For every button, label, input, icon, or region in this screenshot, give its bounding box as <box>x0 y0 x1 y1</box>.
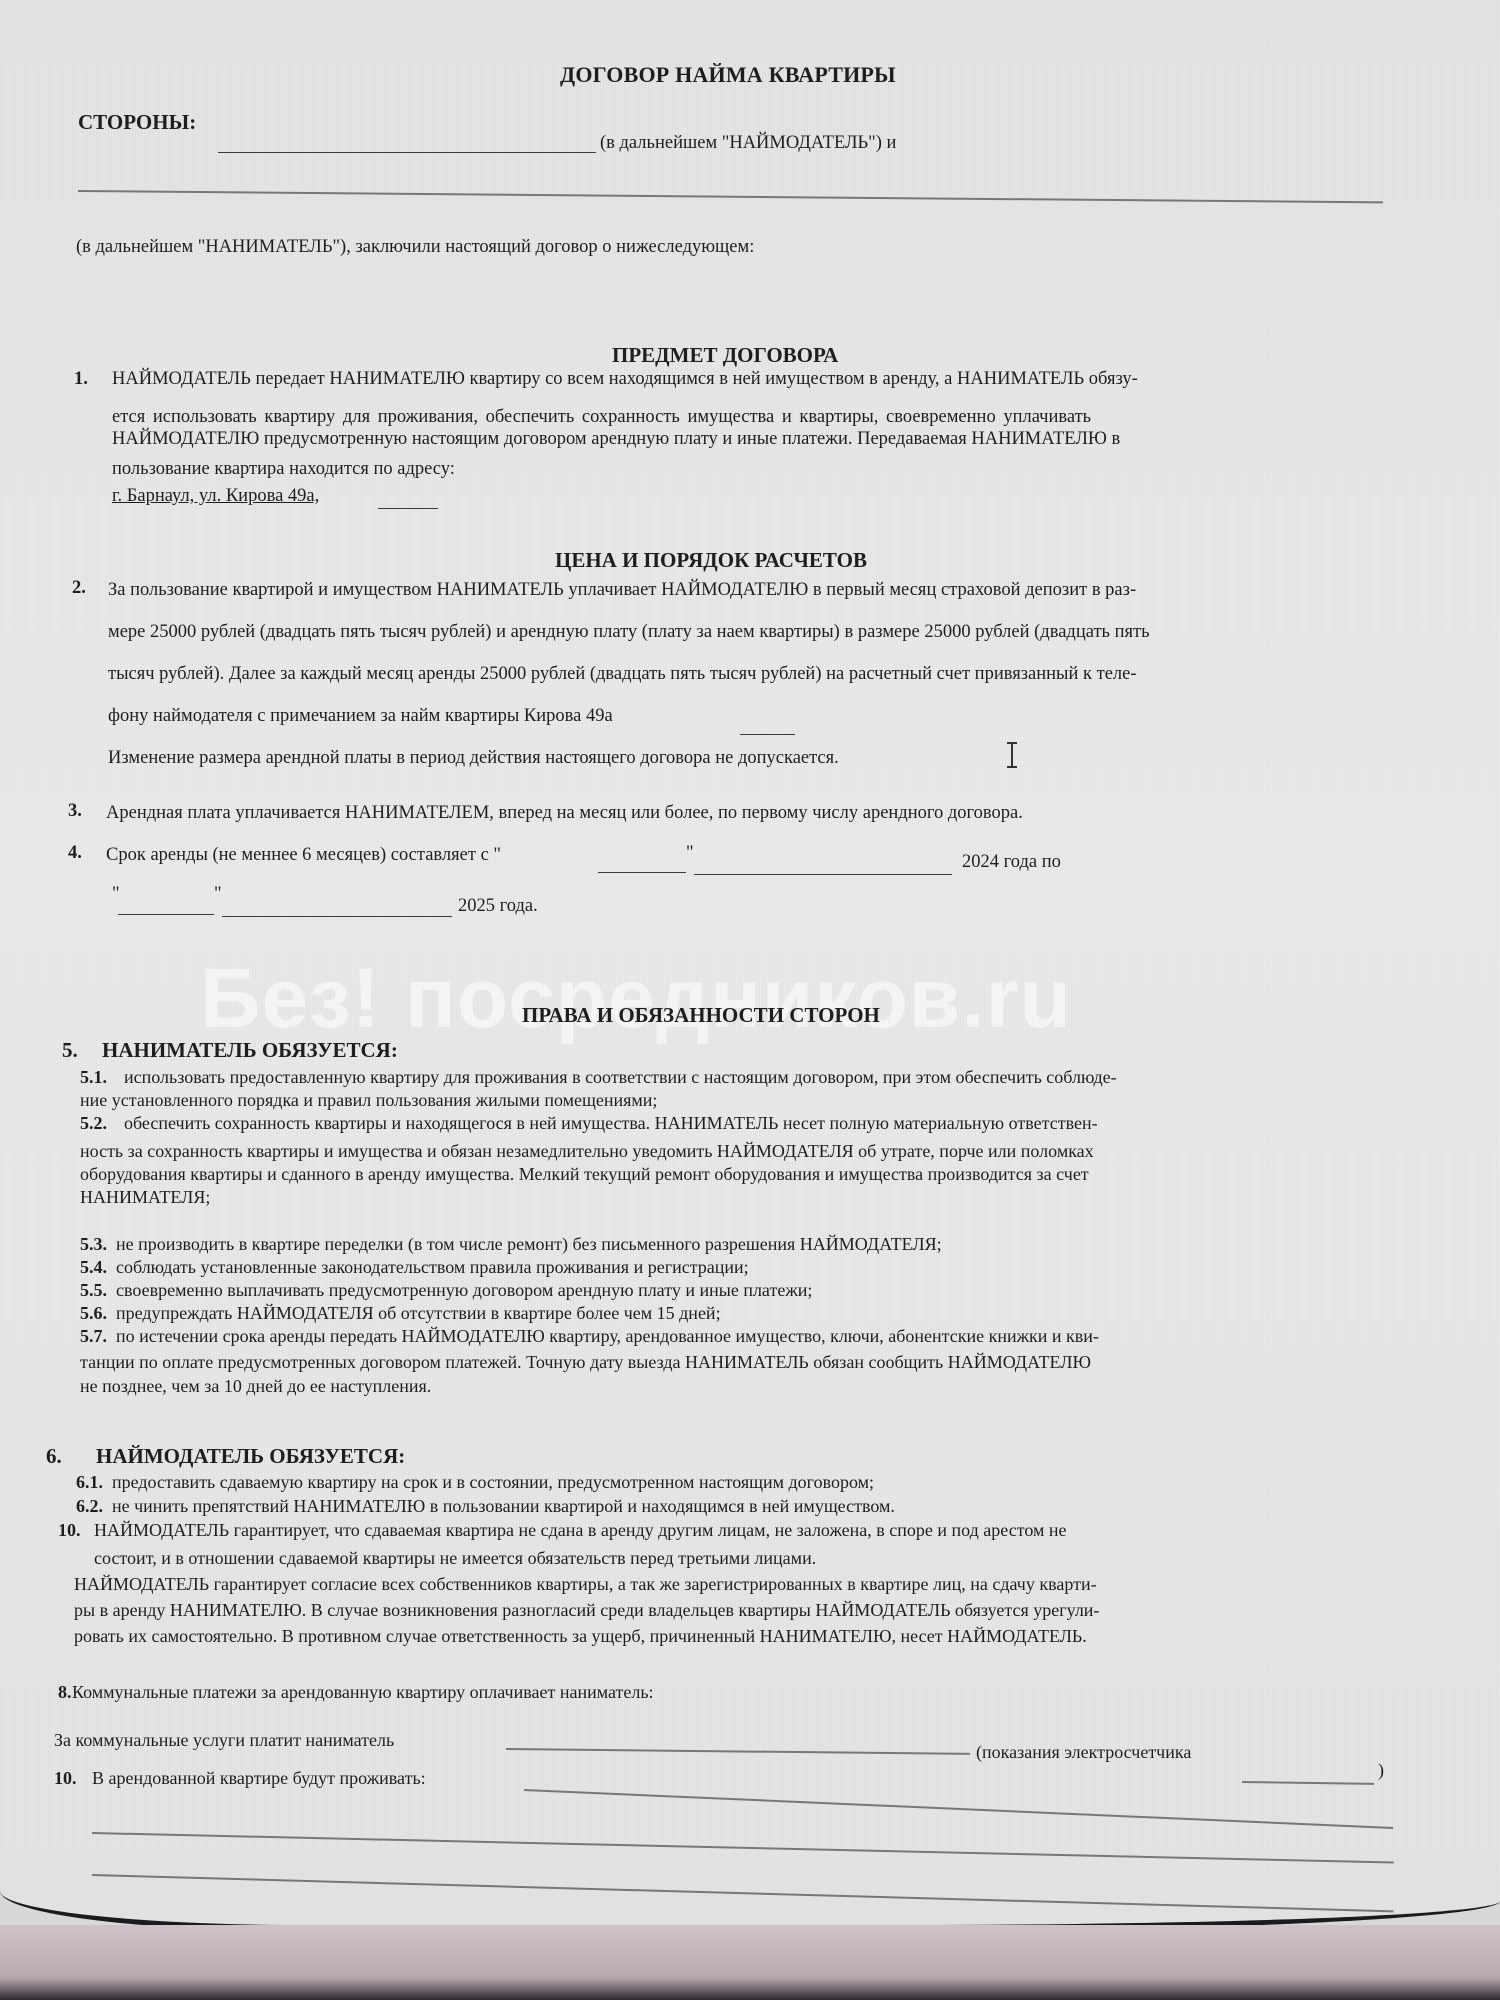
item-5-1-line-2: ние установленного порядка и правил поль… <box>80 1090 657 1111</box>
item-2-line-2: мере 25000 рублей (двадцать пять тысяч р… <box>108 622 1150 643</box>
item-6-2-text: не чинить препятствий НАНИМАТЕЛЮ в польз… <box>112 1496 895 1517</box>
item-5-2-line-1: обеспечить сохранность квартиры и находя… <box>124 1113 1098 1134</box>
item-3-text: Арендная плата уплачивается НАНИМАТЕЛЕМ,… <box>106 803 1023 824</box>
start-month-field[interactable] <box>694 874 952 875</box>
guarantee-line-1: НАЙМОДАТЕЛЬ гарантирует, что сдаваемая к… <box>94 1520 1067 1541</box>
item-5-7-line-1: по истечении срока аренды передать НАЙМО… <box>116 1326 1099 1347</box>
item-5-7-line-2: танции по оплате предусмотренных договор… <box>80 1352 1091 1373</box>
property-address: г. Барнаул, ул. Кирова 49а, <box>112 486 319 507</box>
landlord-obligations-number: 6. <box>46 1444 62 1469</box>
residents-field-1[interactable] <box>524 1789 1393 1829</box>
item-5-1-number: 5.1. <box>80 1067 107 1088</box>
end-year-text: 2025 года. <box>458 896 538 917</box>
item-2-line-3: тысяч рублей). Далее за каждый месяц аре… <box>108 664 1137 685</box>
item-1-number: 1. <box>74 369 88 390</box>
item-4-number: 4. <box>68 843 82 864</box>
item-5-3-text: не производить в квартире переделки (в т… <box>116 1234 942 1255</box>
residents-label: В арендованной квартире будут проживать: <box>92 1768 426 1789</box>
item-2-line-4: фону наймодателя с примечанием за найм к… <box>108 706 613 727</box>
utilities-payer-label: За коммунальные услуги платит наниматель <box>54 1730 394 1751</box>
meter-reading-field[interactable] <box>1242 1781 1374 1785</box>
residents-field-2[interactable] <box>92 1832 1394 1864</box>
item-5-6-text: предупреждать НАЙМОДАТЕЛЯ об отсутствии … <box>116 1303 721 1324</box>
guarantee-number: 10. <box>58 1520 81 1541</box>
residents-number: 10. <box>54 1768 77 1789</box>
item-5-2-line-3: оборудования квартиры и сданного в аренд… <box>80 1164 1089 1185</box>
item-5-3-number: 5.3. <box>80 1234 107 1255</box>
meter-reading-close: ) <box>1378 1760 1384 1781</box>
item-6-1-text: предоставить сдаваемую квартиру на срок … <box>112 1472 874 1493</box>
item-4-text: Срок аренды (не меннее 6 месяцев) состав… <box>106 845 501 866</box>
item-3-number: 3. <box>68 801 82 822</box>
parties-label: СТОРОНЫ: <box>78 110 196 135</box>
item-5-2-number: 5.2. <box>80 1113 107 1134</box>
landlord-obligations-heading: НАЙМОДАТЕЛЬ ОБЯЗУЕТСЯ: <box>96 1444 405 1469</box>
utilities-number: 8. <box>58 1682 72 1703</box>
landlord-suffix: (в дальнейшем "НАЙМОДАТЕЛЬ") и <box>600 133 896 154</box>
item-1-line-2: ется использовать квартиру для проживани… <box>112 407 1091 428</box>
item-5-1-line-1: использовать предоставленную квартиру дл… <box>124 1067 1117 1088</box>
contract-page: ДОГОВОР НАЙМА КВАРТИРЫ СТОРОНЫ: (в дальн… <box>0 0 1500 1931</box>
item-5-4-text: соблюдать установленные законодательство… <box>116 1257 749 1278</box>
item-2-line-1: За пользование квартирой и имуществом НА… <box>108 580 1136 601</box>
section-heading-subject: ПРЕДМЕТ ДОГОВОРА <box>612 343 838 368</box>
start-year-text: 2024 года по <box>962 852 1061 873</box>
item-6-1-number: 6.1. <box>76 1472 103 1493</box>
guarantee-line-4: ры в аренду НАНИМАТЕЛЮ. В случае возникн… <box>74 1600 1099 1621</box>
tenant-obligations-number: 5. <box>62 1038 78 1063</box>
residents-field-3[interactable] <box>92 1874 1394 1912</box>
item-1-line-1: НАЙМОДАТЕЛЬ передает НАНИМАТЕЛЮ квартиру… <box>112 369 1138 390</box>
meter-reading-label: (показания электросчетчика <box>976 1742 1191 1763</box>
guarantee-line-2: состоит, и в отношении сдаваемой квартир… <box>94 1548 816 1569</box>
document-title: ДОГОВОР НАЙМА КВАРТИРЫ <box>560 62 896 88</box>
item-5-4-number: 5.4. <box>80 1257 107 1278</box>
utilities-payer-field[interactable] <box>506 1748 970 1755</box>
item-1-line-4: пользование квартира находится по адресу… <box>112 459 455 480</box>
item-2-blank-field[interactable] <box>740 734 795 735</box>
text-cursor-icon <box>1011 742 1013 768</box>
end-month-field[interactable] <box>222 916 452 917</box>
item-1-line-3: НАЙМОДАТЕЛЮ предусмотренную настоящим до… <box>112 429 1120 450</box>
start-day-field[interactable] <box>598 872 686 873</box>
item-5-7-line-3: не позднее, чем за 10 дней до ее наступл… <box>80 1376 431 1397</box>
section-heading-price: ЦЕНА И ПОРЯДОК РАСЧЕТОВ <box>555 548 867 573</box>
item-2-note: Изменение размера арендной платы в перио… <box>108 748 839 769</box>
tenant-name-field[interactable] <box>78 190 1383 203</box>
watermark: Без! посредников.ru <box>200 950 1072 1047</box>
end-day-field[interactable] <box>118 914 214 915</box>
item-6-2-number: 6.2. <box>76 1496 103 1517</box>
guarantee-line-3: НАЙМОДАТЕЛЬ гарантирует согласие всех со… <box>74 1574 1097 1595</box>
screen-bottom-edge <box>0 1925 1500 2000</box>
item-4-quote: " <box>686 843 694 864</box>
utilities-text: Коммунальные платежи за арендованную ква… <box>72 1682 654 1703</box>
item-5-5-number: 5.5. <box>80 1280 107 1301</box>
item-2-number: 2. <box>72 578 86 599</box>
item-5-7-number: 5.7. <box>80 1326 107 1347</box>
tenant-intro-line: (в дальнейшем "НАНИМАТЕЛЬ"), заключили н… <box>76 237 754 258</box>
address-blank-field[interactable] <box>378 508 438 509</box>
item-5-2-line-4: НАНИМАТЕЛЯ; <box>80 1187 210 1208</box>
section-heading-rights: ПРАВА И ОБЯЗАННОСТИ СТОРОН <box>522 1003 880 1028</box>
landlord-name-field[interactable] <box>218 152 596 153</box>
end-close-quote: " <box>214 884 222 905</box>
guarantee-line-5: ровать их самостоятельно. В противном сл… <box>74 1626 1087 1647</box>
item-5-2-line-2: ность за сохранность квартиры и имуществ… <box>80 1141 1094 1162</box>
tenant-obligations-heading: НАНИМАТЕЛЬ ОБЯЗУЕТСЯ: <box>102 1038 398 1063</box>
end-open-quote: " <box>112 884 120 905</box>
item-5-5-text: своевременно выплачивать предусмотренную… <box>116 1280 812 1301</box>
item-5-6-number: 5.6. <box>80 1303 107 1324</box>
